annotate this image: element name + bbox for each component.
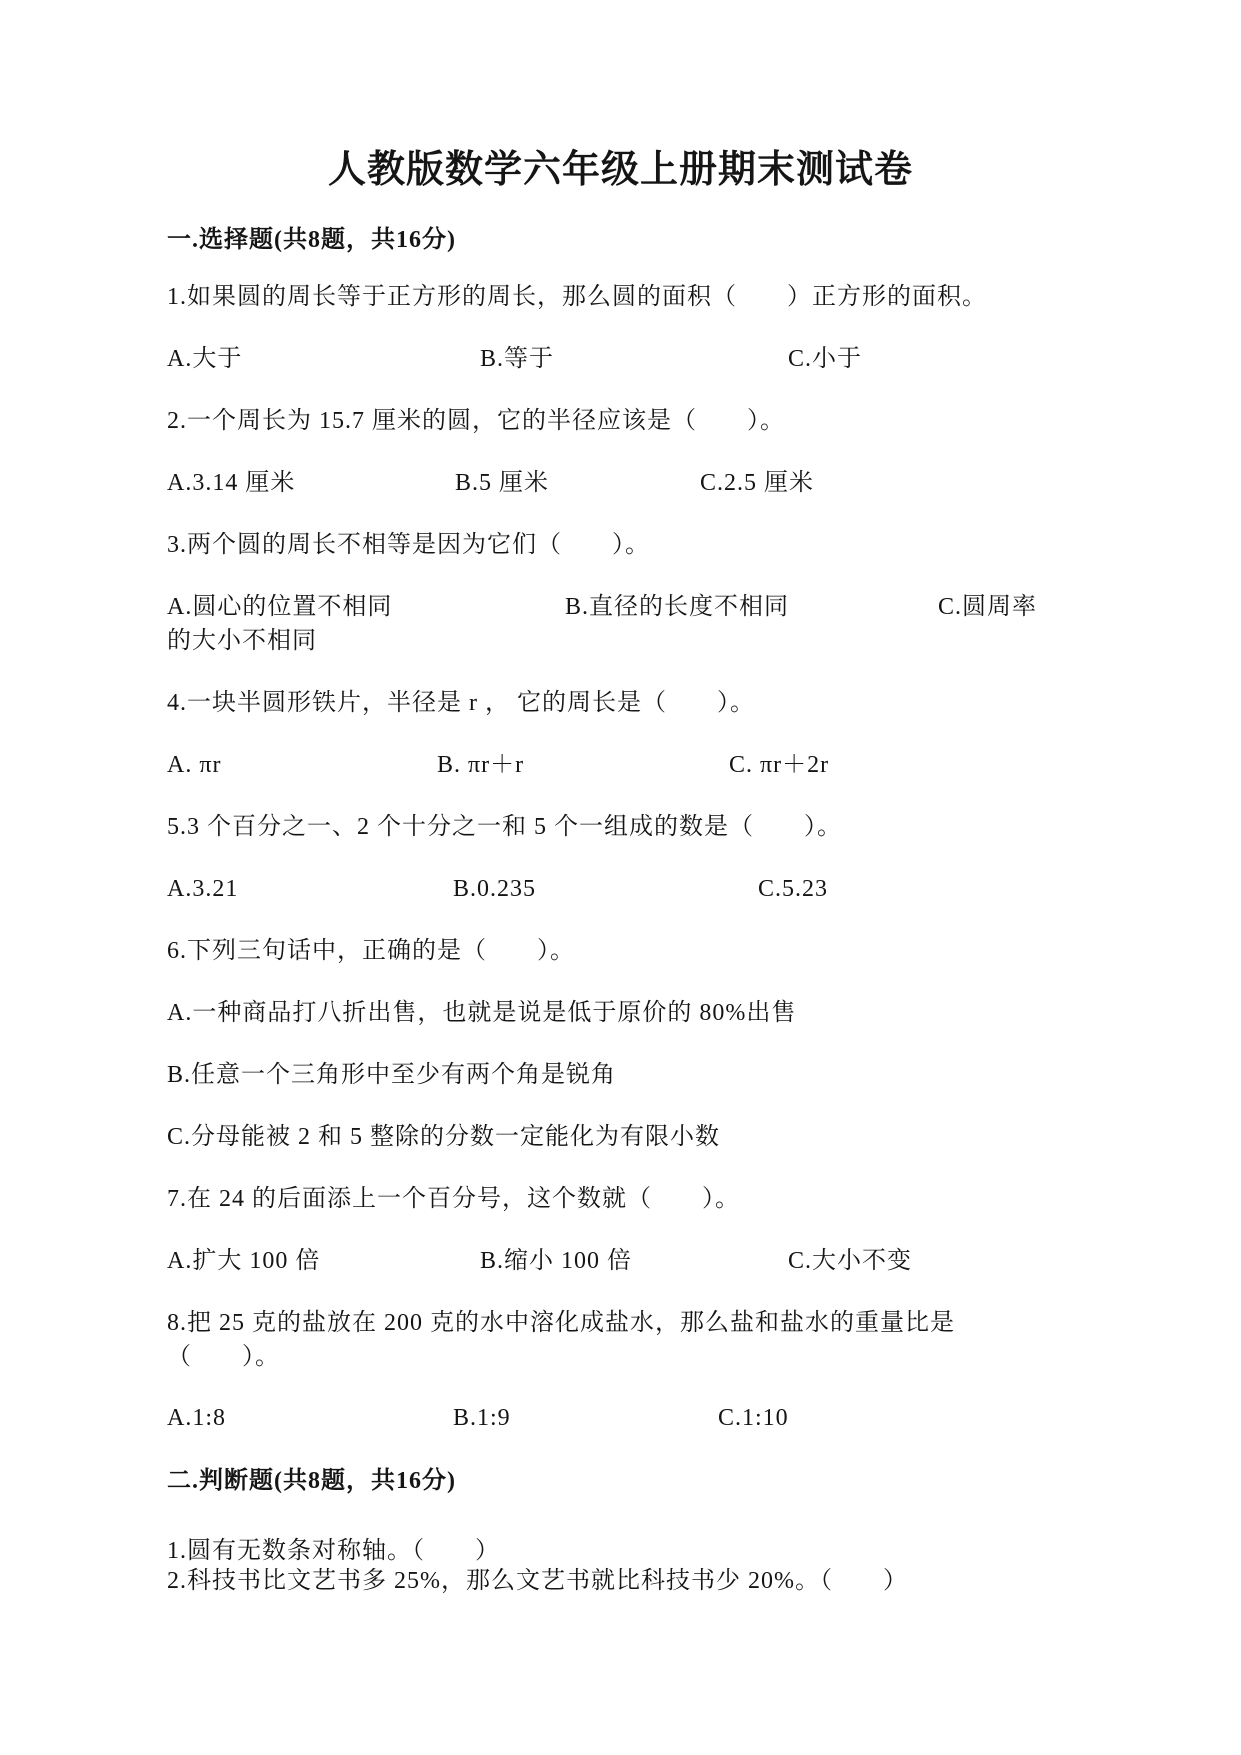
q3-choice-c-continuation: 的大小不相同 [167,626,1074,656]
q3-choices: A.圆心的位置不相同 B.直径的长度不相同 C.圆周率 [167,592,1074,622]
q7-choice-b: B.缩小 100 倍 [480,1246,788,1276]
section1-heading: 一.选择题(共8题，共16分) [167,224,1074,256]
q6-choice-b: B.任意一个三角形中至少有两个角是锐角 [167,1060,1074,1090]
q1-choice-c: C.小于 [788,344,862,374]
q8-choice-a: A.1:8 [167,1403,453,1433]
q1-choice-b: B.等于 [480,344,788,374]
q2-choice-c: C.2.5 厘米 [700,468,814,498]
q7-stem: 7.在 24 的后面添上一个百分号，这个数就（ ）。 [167,1184,1074,1214]
q7-choices: A.扩大 100 倍 B.缩小 100 倍 C.大小不变 [167,1246,1074,1276]
q2-choices: A.3.14 厘米 B.5 厘米 C.2.5 厘米 [167,468,1074,498]
q5-choice-c: C.5.23 [758,874,828,904]
q2-stem: 2.一个周长为 15.7 厘米的圆，它的半径应该是（ ）。 [167,406,1074,436]
q8-choice-b: B.1:9 [453,1403,718,1433]
q7-choice-a: A.扩大 100 倍 [167,1246,480,1276]
q1-stem: 1.如果圆的周长等于正方形的周长，那么圆的面积（ ）正方形的面积。 [167,282,1074,312]
q3-choice-a: A.圆心的位置不相同 [167,592,565,622]
q7-choice-c: C.大小不变 [788,1246,912,1276]
judge-q1: 1.圆有无数条对称轴。（ ） [167,1536,1074,1566]
q3-choice-c: C.圆周率 [938,592,1037,622]
q4-choice-c: C. πr＋2r [729,750,829,780]
q1-choices: A.大于 B.等于 C.小于 [167,344,1074,374]
q2-choice-a: A.3.14 厘米 [167,468,455,498]
q2-choice-b: B.5 厘米 [455,468,700,498]
q6-stem: 6.下列三句话中，正确的是（ ）。 [167,936,1074,966]
q4-stem: 4.一块半圆形铁片，半径是 r ， 它的周长是（ ）。 [167,688,1074,718]
section2-heading: 二.判断题(共8题，共16分) [167,1465,1074,1497]
q3-choice-b: B.直径的长度不相同 [565,592,938,622]
q8-stem-line1: 8.把 25 克的盐放在 200 克的水中溶化成盐水，那么盐和盐水的重量比是 [167,1308,1074,1338]
q4-choice-a: A. πr [167,750,437,780]
q5-stem: 5.3 个百分之一、2 个十分之一和 5 个一组成的数是（ ）。 [167,812,1074,842]
q4-choice-b: B. πr＋r [437,750,729,780]
q8-choice-c: C.1:10 [718,1403,789,1433]
page-title: 人教版数学六年级上册期末测试卷 [167,146,1074,194]
q5-choice-a: A.3.21 [167,874,453,904]
q6-choice-a: A.一种商品打八折出售，也就是说是低于原价的 80%出售 [167,998,1074,1028]
q5-choices: A.3.21 B.0.235 C.5.23 [167,874,1074,904]
q1-choice-a: A.大于 [167,344,480,374]
q6-choice-c: C.分母能被 2 和 5 整除的分数一定能化为有限小数 [167,1122,1074,1152]
q8-stem-line2: （ ）。 [167,1342,1074,1372]
judge-q2: 2.科技书比文艺书多 25%，那么文艺书就比科技书少 20%。（ ） [167,1566,1074,1596]
exam-paper: 人教版数学六年级上册期末测试卷 一.选择题(共8题，共16分) 1.如果圆的周长… [0,0,1241,1636]
q5-choice-b: B.0.235 [453,874,758,904]
q8-choices: A.1:8 B.1:9 C.1:10 [167,1403,1074,1433]
q3-stem: 3.两个圆的周长不相等是因为它们（ ）。 [167,530,1074,560]
q4-choices: A. πr B. πr＋r C. πr＋2r [167,750,1074,780]
